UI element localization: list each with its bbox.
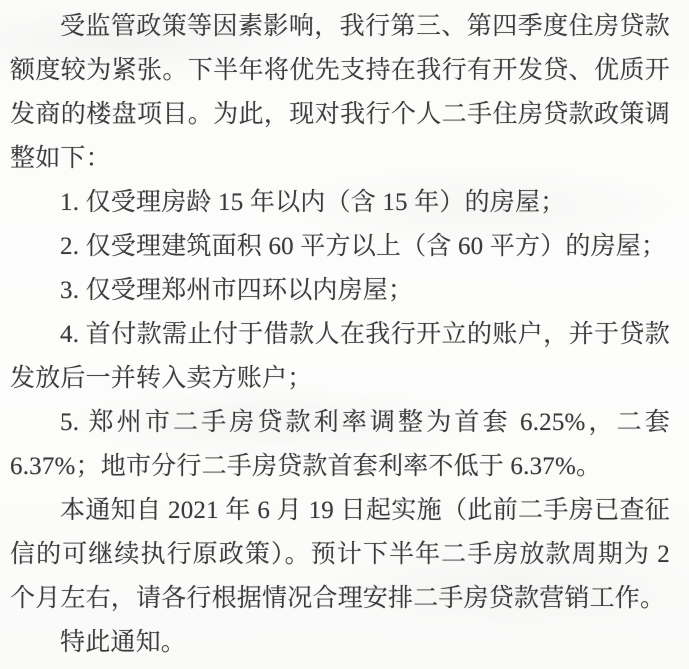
paragraph-effective: 本通知自 2021 年 6 月 19 日起实施（此前二手房已查征信的可继续执行原…	[10, 489, 670, 621]
list-item-1: 1. 仅受理房龄 15 年以内（含 15 年）的房屋；	[10, 181, 670, 225]
list-item-3: 3. 仅受理郑州市四环以内房屋；	[10, 269, 670, 313]
list-item-2: 2. 仅受理建筑面积 60 平方以上（含 60 平方）的房屋；	[10, 225, 670, 269]
notice-document-page: 受监管政策等因素影响，我行第三、第四季度住房贷款额度较为紧张。下半年将优先支持在…	[0, 0, 689, 669]
paragraph-intro: 受监管政策等因素影响，我行第三、第四季度住房贷款额度较为紧张。下半年将优先支持在…	[10, 5, 670, 181]
paragraph-closing: 特此通知。	[10, 621, 670, 665]
list-item-5: 5. 郑州市二手房贷款利率调整为首套 6.25%，二套 6.37%；地市分行二手…	[10, 401, 670, 489]
notice-body: 受监管政策等因素影响，我行第三、第四季度住房贷款额度较为紧张。下半年将优先支持在…	[10, 5, 670, 665]
list-item-4: 4. 首付款需止付于借款人在我行开立的账户，并于贷款发放后一并转入卖方账户；	[10, 313, 670, 401]
